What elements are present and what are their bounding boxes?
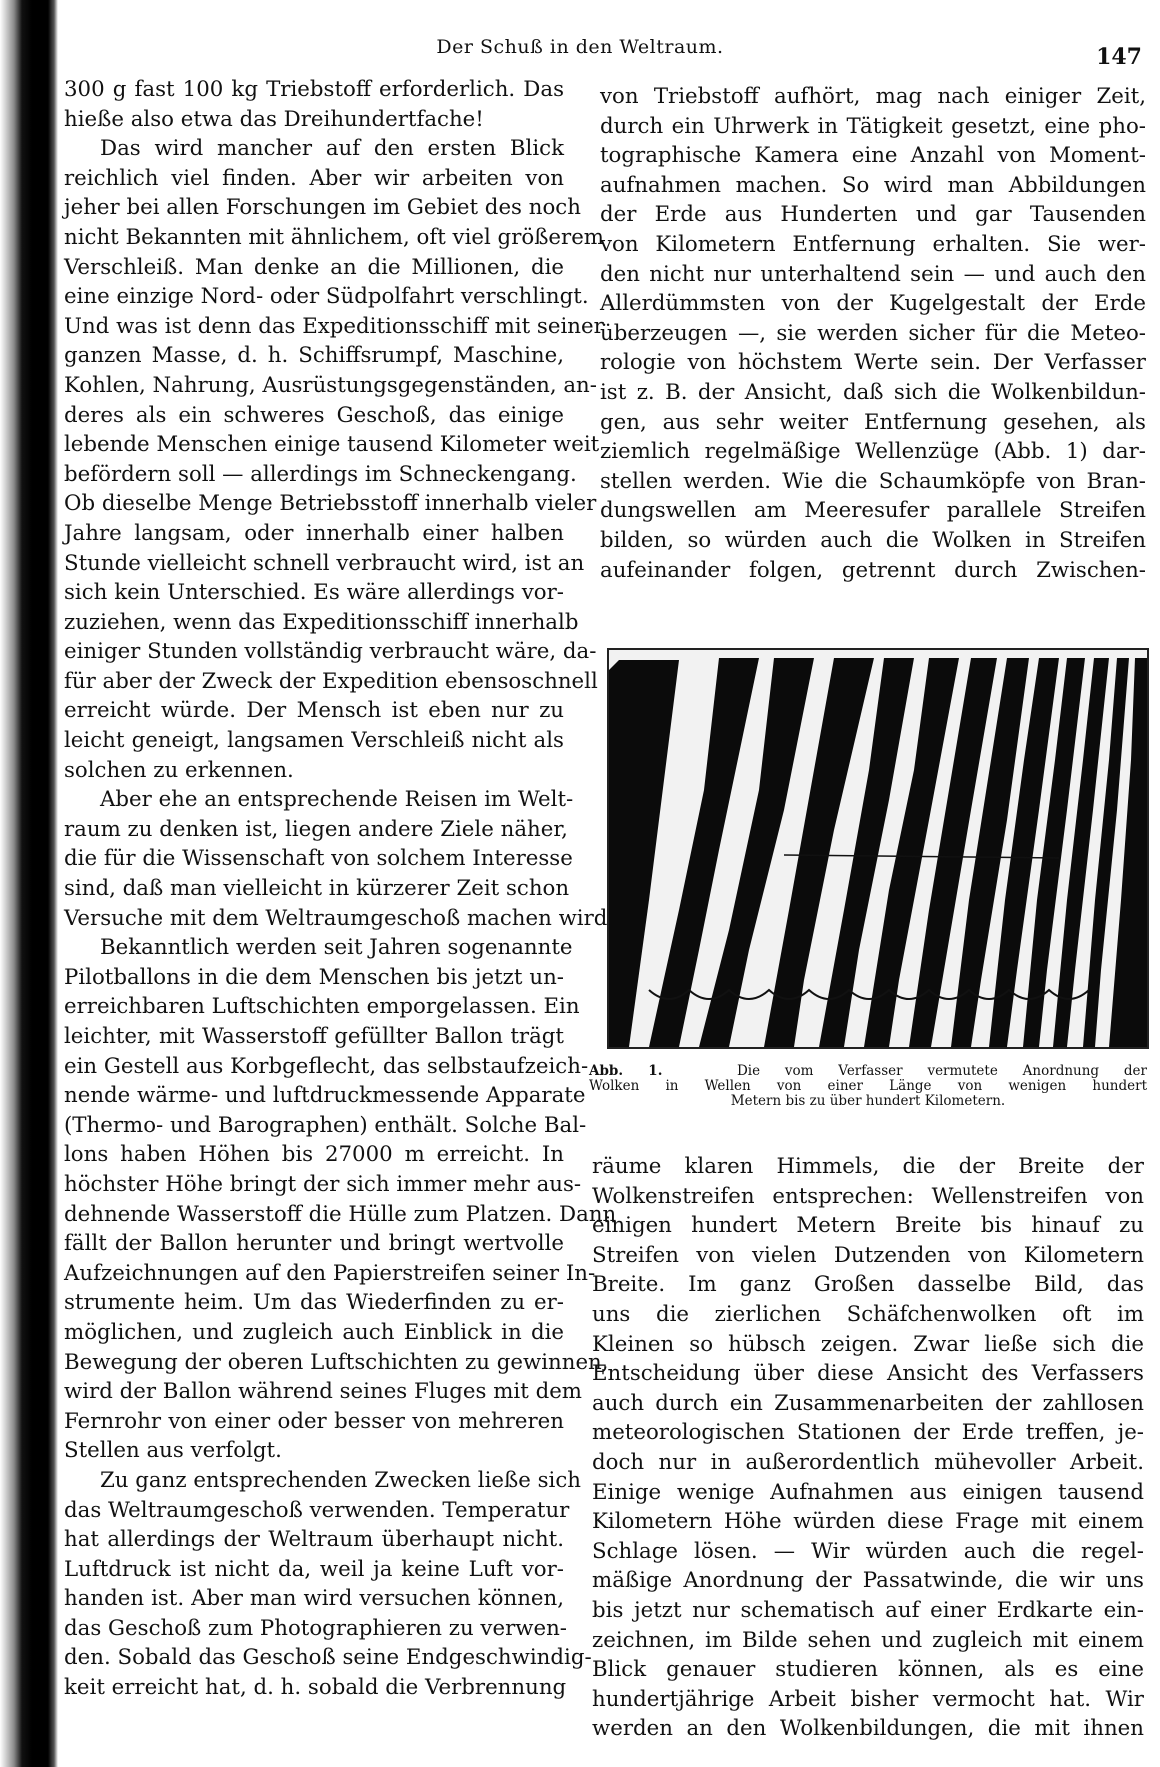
text-line: hundertjährige Arbeit bisher vermocht ha… (592, 1685, 1144, 1715)
running-head: Der Schuß in den Weltraum. (0, 36, 1160, 58)
text-line: möglichen, und zugleich auch Einblick in… (64, 1318, 564, 1348)
text-line: nende wärme- und luftdruckmessende Appar… (64, 1081, 564, 1111)
text-line: aufeinander folgen, getrennt durch Zwisc… (600, 556, 1146, 586)
text-line: auch durch ein Zusammenarbeiten der zahl… (592, 1389, 1144, 1419)
text-line: werden an den Wolkenbildungen, die mit i… (592, 1714, 1144, 1744)
text-line: einigen hundert Metern Breite bis hinauf… (592, 1211, 1144, 1241)
text-line: deres als ein schweres Geschoß, das eini… (64, 401, 564, 431)
figure-label: Abb. 1. (589, 1063, 662, 1079)
text-line: handen ist. Aber man wird versuchen könn… (64, 1584, 564, 1614)
text-line: Versuche mit dem Weltraumgeschoß machen … (64, 904, 564, 934)
text-line: raum zu denken ist, liegen andere Ziele … (64, 815, 564, 845)
text-line: Kilometern Höhe würden diese Frage mit e… (592, 1507, 1144, 1537)
text-line: ein Gestell aus Korbgeflecht, das selbst… (64, 1052, 564, 1082)
text-line: Bewegung der oberen Luftschichten zu gew… (64, 1348, 564, 1378)
text-line: Aber ehe an entsprechende Reisen im Welt… (64, 785, 564, 815)
text-line: die für die Wissenschaft von solchem Int… (64, 844, 564, 874)
text-line: 300 g fast 100 kg Triebstoff erforderlic… (64, 75, 564, 105)
text-line: dehnende Wasserstoff die Hülle zum Platz… (64, 1200, 564, 1230)
text-line: Stunde vielleicht schnell verbraucht wir… (64, 549, 564, 579)
text-line: bis jetzt nur schematisch auf einer Erdk… (592, 1596, 1144, 1626)
text-line: hieße also etwa das Dreihundertfache! (64, 105, 564, 135)
text-line: ganzen Masse, d. h. Schiffsrumpf, Maschi… (64, 341, 564, 371)
text-line: Stellen aus verfolgt. (64, 1436, 564, 1466)
book-spine-shadow (0, 0, 58, 1767)
text-line: zuziehen, wenn das Expeditionsschiff inn… (64, 608, 564, 638)
text-line: fällt der Ballon herunter und bringt wer… (64, 1229, 564, 1259)
text-line: strumente heim. Um das Wiederfinden zu e… (64, 1288, 564, 1318)
text-line: solchen zu erkennen. (64, 756, 564, 786)
text-line: Blick genauer studieren können, als es e… (592, 1655, 1144, 1685)
text-line: sind, daß man vielleicht in kürzerer Zei… (64, 874, 564, 904)
text-line: für aber der Zweck der Expedition ebenso… (64, 667, 564, 697)
text-line: Das wird mancher auf den ersten Blick (64, 134, 564, 164)
text-line: Einige wenige Aufnahmen aus einigen taus… (592, 1478, 1144, 1508)
left-column: 300 g fast 100 kg Triebstoff erforderlic… (64, 75, 564, 1703)
text-line: durch ein Uhrwerk in Tätigkeit gesetzt, … (600, 112, 1146, 142)
right-column-top: von Triebstoff aufhört, mag nach einiger… (600, 82, 1146, 585)
page-number: 147 (1096, 44, 1142, 70)
text-line: sich kein Unterschied. Es wäre allerding… (64, 578, 564, 608)
text-line: uns die zierlichen Schäfchenwolken oft i… (592, 1300, 1144, 1330)
text-line: lebende Menschen einige tausend Kilomete… (64, 430, 564, 460)
text-line: meteorologischen Stationen der Erde tref… (592, 1418, 1144, 1448)
caption-line: Abb. 1. Die vom Verfasser vermutete Anor… (589, 1064, 1147, 1079)
text-line: von Triebstoff aufhört, mag nach einiger… (600, 82, 1146, 112)
caption-text: Die vom Verfasser vermutete Anordnung de… (737, 1063, 1147, 1079)
text-line: jeher bei allen Forschungen im Gebiet de… (64, 193, 564, 223)
right-column-bottom: räume klaren Himmels, die der Breite der… (592, 1152, 1144, 1744)
figure-caption: Abb. 1. Die vom Verfasser vermutete Anor… (589, 1064, 1147, 1109)
text-line: Aufzeichnungen auf den Papierstreifen se… (64, 1259, 564, 1289)
text-line: reichlich viel finden. Aber wir arbeiten… (64, 164, 564, 194)
text-line: der Erde aus Hunderten und gar Tausenden (600, 200, 1146, 230)
text-line: aufnahmen machen. So wird man Abbildunge… (600, 171, 1146, 201)
cloud-bands-photograph (607, 648, 1149, 1049)
text-line: eine einzige Nord- oder Südpolfahrt vers… (64, 282, 564, 312)
text-line: das Weltraumgeschoß verwenden. Temperatu… (64, 1496, 564, 1526)
text-line: Kohlen, Nahrung, Ausrüstungsgegenständen… (64, 371, 564, 401)
text-line: hat allerdings der Weltraum überhaupt ni… (64, 1525, 564, 1555)
caption-line: Wolken in Wellen von einer Länge von wen… (589, 1079, 1147, 1094)
text-line: Pilotballons in die dem Menschen bis jet… (64, 963, 564, 993)
text-line: dungswellen am Meeresufer parallele Stre… (600, 496, 1146, 526)
text-line: höchster Höhe bringt der sich immer mehr… (64, 1170, 564, 1200)
text-line: Jahre langsam, oder innerhalb einer halb… (64, 519, 564, 549)
text-line: ist z. B. der Ansicht, daß sich die Wolk… (600, 378, 1146, 408)
text-line: erreicht würde. Der Mensch ist eben nur … (64, 696, 564, 726)
text-line: keit erreicht hat, d. h. sobald die Verb… (64, 1673, 564, 1703)
text-line: (Thermo- und Barographen) enthält. Solch… (64, 1111, 564, 1141)
text-line: Luftdruck ist nicht da, weil ja keine Lu… (64, 1555, 564, 1585)
text-line: von Kilometern Entfernung erhalten. Sie … (600, 230, 1146, 260)
text-line: einiger Stunden vollständig verbraucht w… (64, 637, 564, 667)
text-line: überzeugen —, sie werden sicher für die … (600, 319, 1146, 349)
text-line: Fernrohr von einer oder besser von mehre… (64, 1407, 564, 1437)
text-line: ziemlich regelmäßige Wellenzüge (Abb. 1)… (600, 437, 1146, 467)
text-line: Wolkenstreifen entsprechen: Wellenstreif… (592, 1182, 1144, 1212)
text-line: Streifen von vielen Dutzenden von Kilome… (592, 1241, 1144, 1271)
text-line: bilden, so würden auch die Wolken in Str… (600, 526, 1146, 556)
text-line: Ob dieselbe Menge Betriebsstoff innerhal… (64, 489, 564, 519)
text-line: lons haben Höhen bis 27000 m erreicht. I… (64, 1140, 564, 1170)
text-line: den. Sobald das Geschoß seine Endgeschwi… (64, 1643, 564, 1673)
text-line: gen, aus sehr weiter Entfernung gesehen,… (600, 408, 1146, 438)
text-line: erreichbaren Luftschichten emporgelassen… (64, 992, 564, 1022)
text-line: Zu ganz entsprechenden Zwecken ließe sic… (64, 1466, 564, 1496)
text-line: Allerdümmsten von der Kugelgestalt der E… (600, 289, 1146, 319)
text-line: den nicht nur unterhaltend sein — und au… (600, 260, 1146, 290)
text-line: leicht geneigt, langsamen Verschleiß nic… (64, 726, 564, 756)
text-line: tographische Kamera eine Anzahl von Mome… (600, 141, 1146, 171)
text-line: räume klaren Himmels, die der Breite der (592, 1152, 1144, 1182)
text-line: das Geschoß zum Photographieren zu verwe… (64, 1614, 564, 1644)
text-line: leichter, mit Wasserstoff gefüllter Ball… (64, 1022, 564, 1052)
text-line: zeichnen, im Bilde sehen und zugleich mi… (592, 1626, 1144, 1656)
text-line: Breite. Im ganz Großen dasselbe Bild, da… (592, 1270, 1144, 1300)
text-line: Und was ist denn das Expeditionsschiff m… (64, 312, 564, 342)
text-line: befördern soll — allerdings im Schnecken… (64, 460, 564, 490)
text-line: doch nur in außerordentlich mühevoller A… (592, 1448, 1144, 1478)
text-line: rologie von höchstem Werte sein. Der Ver… (600, 348, 1146, 378)
text-line: Bekanntlich werden seit Jahren sogenannt… (64, 933, 564, 963)
text-line: stellen werden. Wie die Schaumköpfe von … (600, 467, 1146, 497)
caption-line: Metern bis zu über hundert Kilometern. (589, 1094, 1147, 1109)
cloud-stripes-image (609, 650, 1147, 1047)
text-line: Entscheidung über diese Ansicht des Verf… (592, 1359, 1144, 1389)
text-line: mäßige Anordnung der Passatwinde, die wi… (592, 1566, 1144, 1596)
text-line: wird der Ballon während seines Fluges mi… (64, 1377, 564, 1407)
text-line: Schlage lösen. — Wir würden auch die reg… (592, 1537, 1144, 1567)
text-line: nicht Bekannten mit ähnlichem, oft viel … (64, 223, 564, 253)
text-line: Kleinen so hübsch zeigen. Zwar ließe sic… (592, 1330, 1144, 1360)
text-line: Verschleiß. Man denke an die Millionen, … (64, 253, 564, 283)
